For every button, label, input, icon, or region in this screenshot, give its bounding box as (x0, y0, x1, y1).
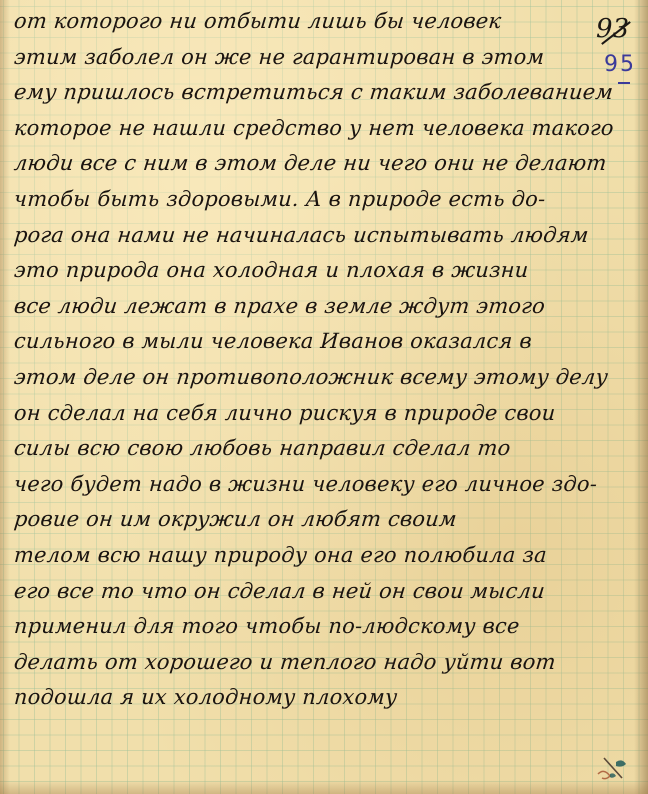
text-line: рога она нами не начиналась испытывать л… (12, 218, 596, 254)
text-line: от которого ни отбыти лишь бы человек (12, 4, 596, 40)
folio-underline (618, 82, 630, 84)
text-line: он сделал на себя лично рискуя в природе… (13, 396, 595, 432)
stamp-mark-icon (592, 752, 632, 782)
text-line: телом всю нашу природу она его полюбила … (13, 538, 595, 574)
text-line: ему пришлось встретиться с таким заболев… (12, 75, 596, 111)
text-line: чтобы быть здоровыми. А в природе есть д… (13, 182, 595, 218)
text-line: его все то что он сделал в ней он свои м… (12, 574, 596, 610)
text-line: которое не нашли средство у нет человека… (13, 111, 595, 147)
text-line: все люди лежат в прахе в земле ждут этог… (12, 289, 596, 325)
text-line: сильного в мыли человека Иванов оказался… (13, 324, 595, 360)
folio-new-text: 95 (604, 52, 636, 77)
folio-number: 95 (604, 52, 636, 77)
folio-old-text: 93 (596, 14, 629, 44)
handwritten-text: от которого ни отбыти лишь бы человек эт… (14, 4, 594, 716)
text-line: люди все с ним в этом деле ни чего они н… (12, 146, 596, 182)
text-line: делать от хорошего и теплого надо уйти в… (12, 645, 596, 681)
text-line: чего будет надо в жизни человеку его лич… (13, 467, 595, 503)
text-line: применил для того чтобы по-людскому все (13, 609, 595, 645)
text-line: ровие он им окружил он любят своим (12, 502, 596, 538)
text-line: это природа она холодная и плохая в жизн… (13, 253, 595, 289)
page-edge-shadow (634, 0, 648, 794)
text-line: подошла я их холодному плохому (13, 680, 595, 716)
text-line: этом деле он противоположник всему этому… (12, 360, 596, 396)
text-line: силы всю свою любовь направил сделал то (12, 431, 596, 467)
folio-number-crossed-out: 93 (596, 14, 636, 48)
text-line: этим заболел он же не гарантирован в это… (13, 40, 595, 76)
notebook-page: 93 95 от которого ни отбыти лишь бы чело… (0, 0, 648, 794)
